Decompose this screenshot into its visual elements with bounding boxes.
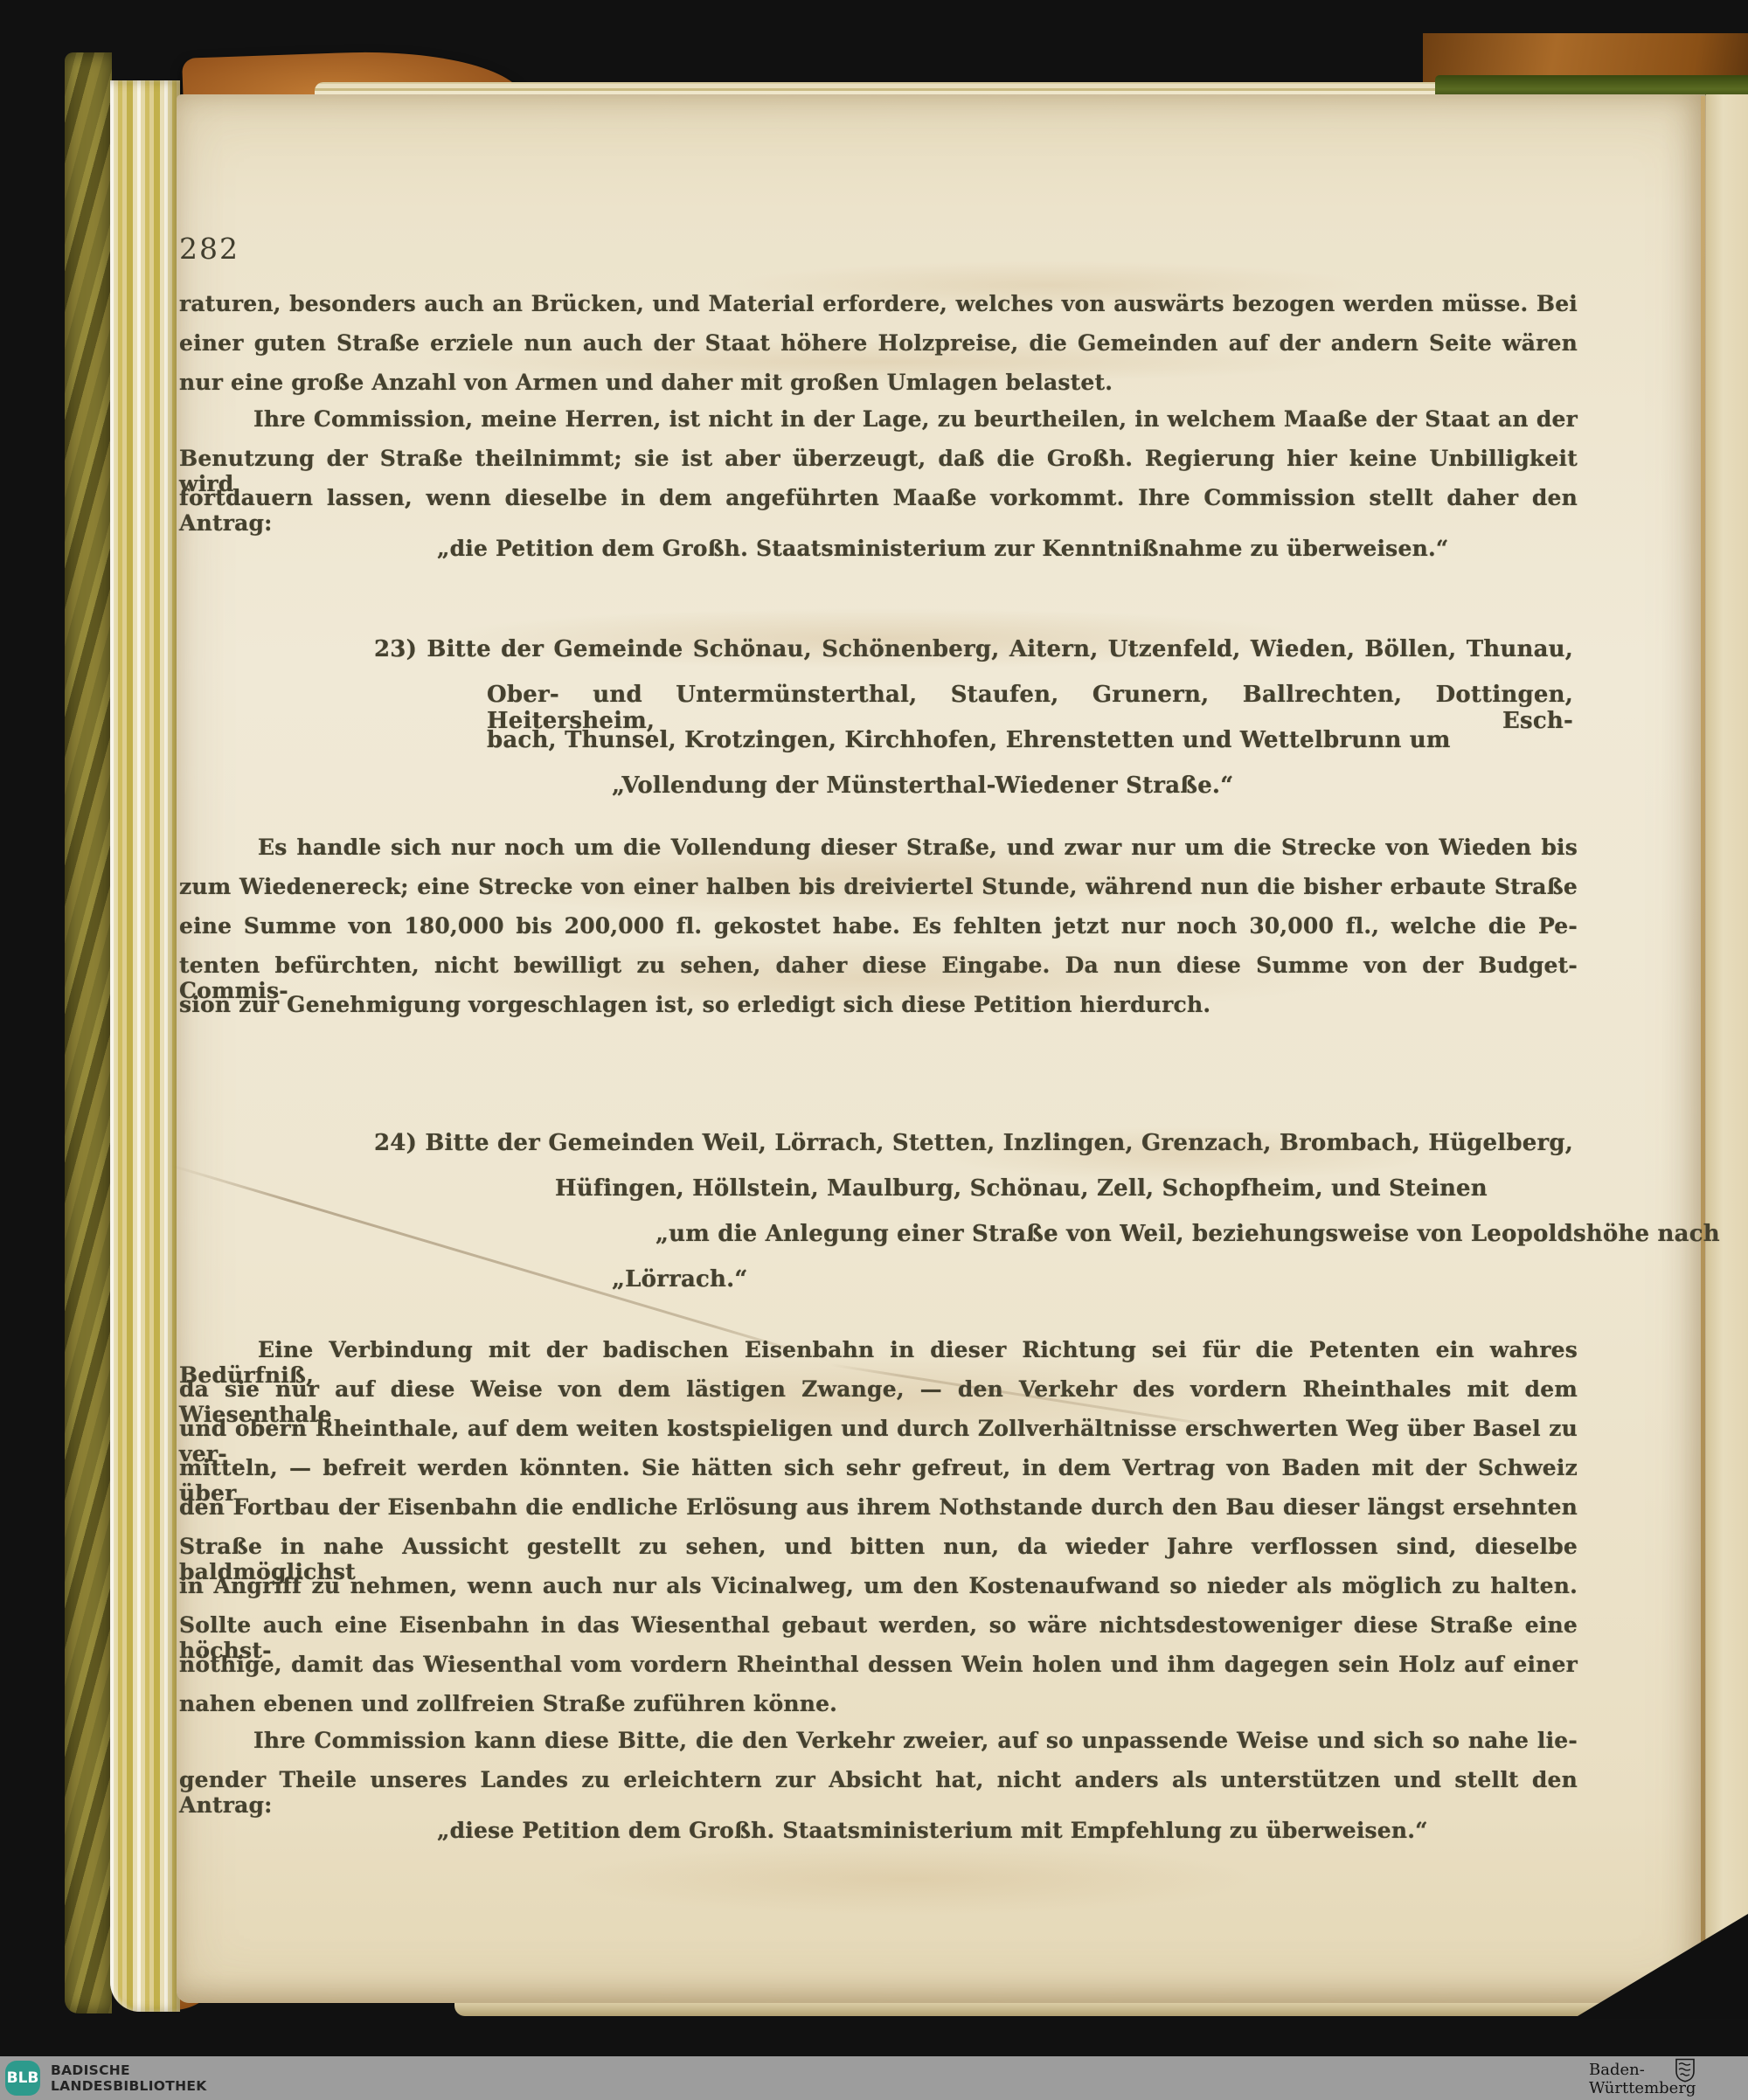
text-line: Hüfingen, Höllstein, Maulburg, Schönau, … bbox=[555, 1175, 1488, 1207]
text-line: nur eine große Anzahl von Armen und dahe… bbox=[179, 370, 1578, 401]
text-line: tenten befürchten, nicht bewilligt zu se… bbox=[179, 953, 1578, 984]
text-line: eine Summe von 180,000 bis 200,000 fl. g… bbox=[179, 913, 1578, 945]
text-line: Sollte auch eine Eisenbahn in das Wiesen… bbox=[179, 1612, 1578, 1644]
text-line: Benutzung der Straße theilnimmt; sie ist… bbox=[179, 446, 1578, 477]
library-name-line2: LANDESBIBLIOTHEK bbox=[51, 2078, 207, 2094]
text-line: „diese Petition dem Großh. Staatsministe… bbox=[437, 1818, 1428, 1849]
text-line: in Angriff zu nehmen, wenn auch nur als … bbox=[179, 1573, 1578, 1604]
text-line: einer guten Straße erziele nun auch der … bbox=[179, 330, 1578, 362]
text-line: Eine Verbindung mit der badischen Eisenb… bbox=[179, 1337, 1578, 1369]
text-line: Straße in nahe Aussicht gestellt zu sehe… bbox=[179, 1534, 1578, 1565]
blb-logo: BLB bbox=[5, 2061, 40, 2096]
text-line: Ober- und Untermünsterthal, Staufen, Gru… bbox=[487, 682, 1573, 713]
text-line: Es handle sich nur noch um die Vollendun… bbox=[179, 835, 1578, 866]
text-line: nöthige, damit das Wiesenthal vom vorder… bbox=[179, 1652, 1578, 1683]
text-line: gender Theile unseres Landes zu erleicht… bbox=[179, 1767, 1578, 1799]
text-line: raturen, besonders auch an Brücken, und … bbox=[179, 291, 1578, 322]
book-cover-edge bbox=[65, 52, 112, 2013]
text-line: „die Petition dem Großh. Staatsministeri… bbox=[437, 536, 1448, 567]
text-line: bach, Thunsel, Krotzingen, Kirchhofen, E… bbox=[487, 727, 1451, 759]
text-line: Ihre Commission, meine Herren, ist nicht… bbox=[179, 406, 1578, 438]
text-line: 24) Bitte der Gemeinden Weil, Lörrach, S… bbox=[374, 1130, 1573, 1161]
text-line: und obern Rheinthale, auf dem weiten kos… bbox=[179, 1416, 1578, 1447]
text-line: 23) Bitte der Gemeinde Schönau, Schönenb… bbox=[374, 636, 1573, 668]
page-bottom-edge bbox=[454, 2003, 1608, 2016]
state-wordmark: Baden-Württemberg bbox=[1589, 2056, 1746, 2100]
text-line: fortdauern lassen, wenn dieselbe in dem … bbox=[179, 485, 1578, 516]
footer-bar: BLB BADISCHE LANDESBIBLIOTHEK Baden-Würt… bbox=[0, 2056, 1748, 2100]
text-line: „um die Anlegung einer Straße von Weil, … bbox=[655, 1221, 1720, 1252]
text-line: „Lörrach.“ bbox=[612, 1266, 748, 1298]
page-gutter-crease bbox=[1701, 96, 1705, 2001]
page-text-column: 282raturen, besonders auch an Brücken, u… bbox=[179, 94, 1578, 2003]
library-name: BADISCHE LANDESBIBLIOTHEK bbox=[51, 2062, 207, 2094]
text-line: mitteln, — befreit werden könnten. Sie h… bbox=[179, 1455, 1578, 1487]
facing-page-sliver bbox=[1706, 94, 1748, 2003]
text-line: den Fortbau der Eisenbahn die endliche E… bbox=[179, 1494, 1578, 1526]
text-line: sion zur Genehmigung vorgeschlagen ist, … bbox=[179, 992, 1578, 1023]
text-line: da sie nur auf diese Weise von dem lästi… bbox=[179, 1376, 1578, 1408]
book-scan-photo: 282raturen, besonders auch an Brücken, u… bbox=[0, 0, 1748, 2100]
text-line: nahen ebenen und zollfreien Straße zufüh… bbox=[179, 1691, 1578, 1722]
state-name: Baden-Württemberg bbox=[1589, 2061, 1743, 2097]
text-line: zum Wiedenereck; eine Strecke von einer … bbox=[179, 874, 1578, 905]
page-number: 282 bbox=[179, 232, 239, 266]
library-name-line1: BADISCHE bbox=[51, 2062, 207, 2078]
page-fore-edges bbox=[110, 80, 180, 2012]
text-line: Ihre Commission kann diese Bitte, die de… bbox=[179, 1728, 1578, 1759]
text-line: „Vollendung der Münsterthal-Wiedener Str… bbox=[612, 773, 1233, 804]
